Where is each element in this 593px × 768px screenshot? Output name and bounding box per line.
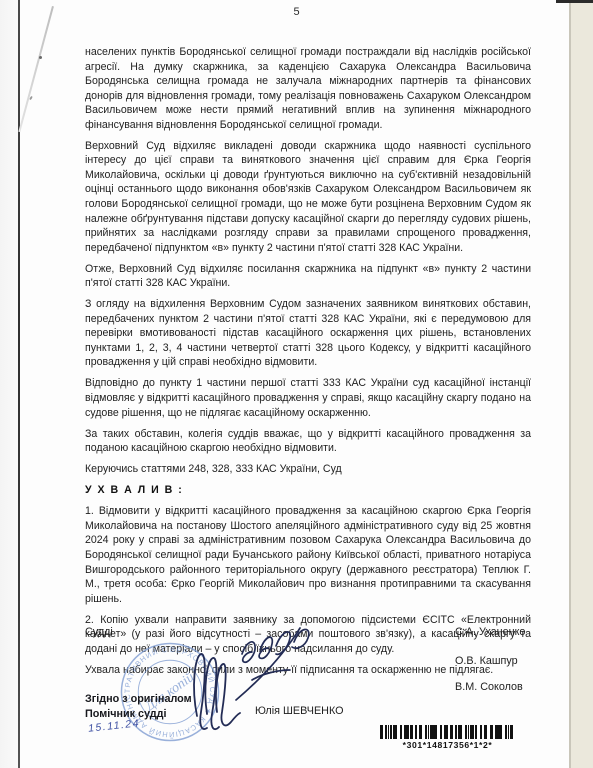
document-body: населених пунктів Бородянської селищної … <box>85 45 531 684</box>
paragraph: населених пунктів Бородянської селищної … <box>85 45 531 132</box>
judge-name: В.М. Соколов <box>455 681 523 693</box>
judge-name: О.В. Кашпур <box>455 655 518 667</box>
paragraph: З огляду на відхилення Верховним Судом з… <box>85 297 531 370</box>
scan-speck <box>39 56 42 59</box>
scan-edge-top-right <box>556 0 593 3</box>
barcode <box>380 725 515 739</box>
certified-copy-line: Згідно з оригіналом <box>85 693 192 705</box>
judges-label: Судді <box>85 626 113 638</box>
paragraph: Отже, Верховний Суд відхиляє посилання с… <box>85 262 531 291</box>
barcode-text: *301*14817356*1*2* <box>378 740 517 750</box>
paper-fold-crease <box>18 6 53 132</box>
ruling-heading: У Х В А Л И В : <box>85 483 531 498</box>
page-number: 5 <box>0 6 593 18</box>
paragraph: Відповідно до пункту 1 частини першої ст… <box>85 376 531 420</box>
scan-margin-right <box>571 0 593 768</box>
judge-name: С.А. Уханенко <box>455 626 525 638</box>
scan-page-edge-right <box>569 0 571 768</box>
scan-margin-left <box>0 0 18 768</box>
paragraph: За таких обставин, колегія суддів вважає… <box>85 427 531 456</box>
closing-line: Керуючись статтями 248, 328, 333 КАС Укр… <box>85 462 531 477</box>
assistant-signature <box>183 646 241 738</box>
paragraph: Верховний Суд відхиляє викладені доводи … <box>85 139 531 255</box>
ruling-item: 1. Відмовити у відкритті касаційного про… <box>85 504 531 606</box>
scan-page-edge-line <box>18 0 20 768</box>
scan-speck <box>29 96 33 100</box>
scanned-court-document-page: 5 населених пунктів Бородянської селищно… <box>0 0 593 768</box>
assistant-name: Юлія ШЕВЧЕНКО <box>255 705 344 717</box>
